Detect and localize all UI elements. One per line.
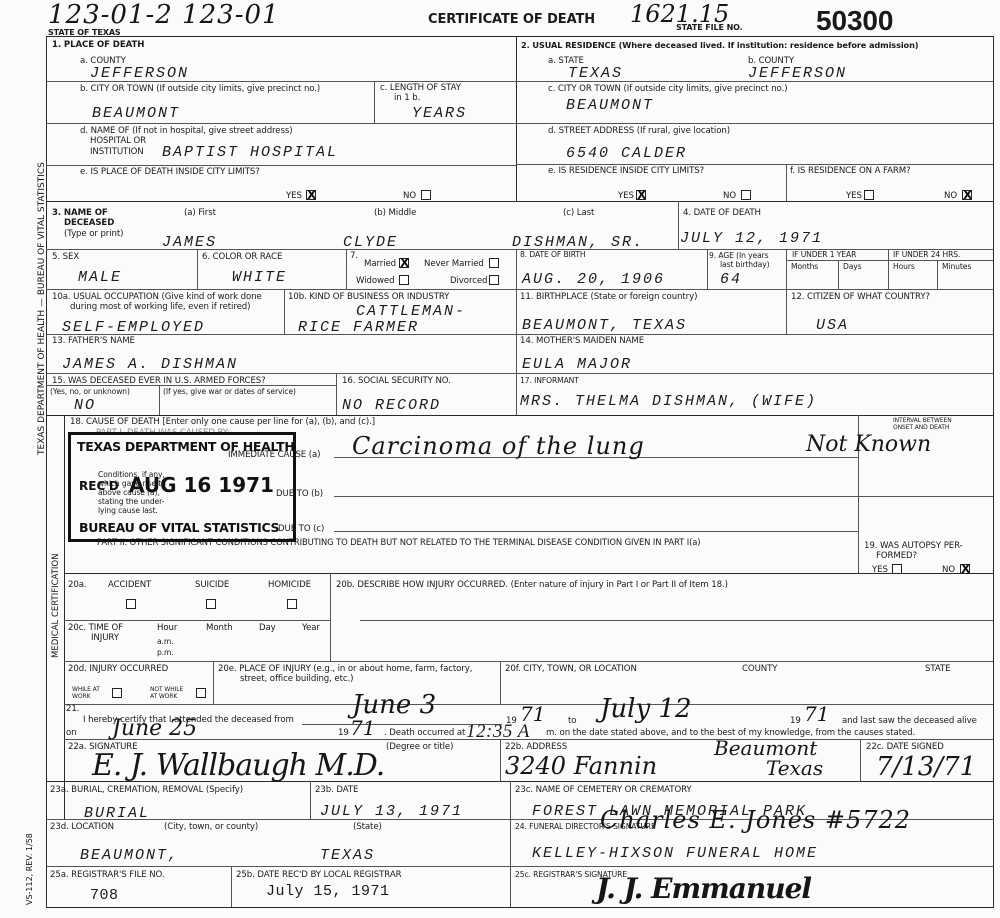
frame-bottom <box>46 907 994 908</box>
interval-value[interactable]: Not Known <box>806 432 931 457</box>
business-value-line1[interactable]: Cattleman- <box>356 304 466 320</box>
form-id: VS-112, REV. 1/58 <box>25 833 34 905</box>
frame-right <box>993 36 994 908</box>
death-inside-city-no-label: NO <box>403 191 416 201</box>
handwritten-reference-numbers: 123-01-2 123-01 <box>48 0 280 30</box>
rule <box>231 866 232 907</box>
marital-label: 7. <box>350 251 358 261</box>
address-state-value[interactable]: Texas <box>766 756 823 780</box>
date-signed-value[interactable]: 7/13/71 <box>876 752 976 782</box>
middle-name-label: (b) Middle <box>374 208 416 218</box>
widowed-checkbox[interactable] <box>399 275 409 285</box>
while-at-work-label: WHILE AT <box>72 686 100 693</box>
suicide-label: SUICIDE <box>195 580 229 590</box>
sex-label: 5. SEX <box>52 252 79 262</box>
accident-checkbox[interactable] <box>126 599 136 609</box>
date-of-death-value[interactable]: July 12, 1971 <box>680 231 823 247</box>
autopsy-no-checkbox[interactable] <box>960 564 970 574</box>
rule <box>500 739 501 781</box>
received-stamp: TEXAS DEPARTMENT OF HEALTH REC'D AUG 16 … <box>68 432 296 542</box>
rule <box>516 249 517 415</box>
residence-inside-city-no-checkbox[interactable] <box>741 190 751 200</box>
autopsy-yes-label: YES <box>872 565 888 575</box>
mother-name-value[interactable]: Eula Major <box>522 357 632 373</box>
race-value[interactable]: White <box>232 270 287 286</box>
rule <box>888 249 889 289</box>
rule <box>159 385 160 415</box>
while-at-work-label-2: WORK <box>72 693 90 700</box>
to-year-prefix: 19 <box>790 716 801 726</box>
stamp-bureau: BUREAU OF VITAL STATISTICS <box>79 520 279 535</box>
death-inside-city-yes-label: YES <box>286 191 302 201</box>
funeral-director-signature[interactable]: Charles E. Jones #5722 <box>600 806 911 834</box>
informant-label: 17. INFORMANT <box>520 376 579 385</box>
first-name-label: (a) First <box>184 208 216 218</box>
place-of-injury-label: 20e. PLACE OF INJURY (e.g., in or about … <box>218 664 472 674</box>
last-name-label: (c) Last <box>563 208 594 218</box>
father-name-value[interactable]: James A. Dishman <box>62 357 238 373</box>
location-label: 23d. LOCATION <box>50 822 114 832</box>
widowed-label: Widowed <box>356 276 394 286</box>
injury-state-label: STATE <box>925 664 950 674</box>
armed-forces-sublabel-2: (If yes, give war or dates of service) <box>163 387 296 396</box>
homicide-checkbox[interactable] <box>287 599 297 609</box>
last-name-value[interactable]: Dishman, Sr. <box>512 235 644 251</box>
rule <box>46 201 994 202</box>
age-label-2: last birthday) <box>720 260 769 269</box>
location-state-value[interactable]: Texas <box>320 848 375 864</box>
burial-label: 23a. BURIAL, CREMATION, REMOVAL (Specify… <box>50 785 243 795</box>
married-label: Married <box>364 259 396 269</box>
ssn-label: 16. SOCIAL SECURITY NO. <box>342 376 451 386</box>
injury-county-label: COUNTY <box>742 664 777 674</box>
divorced-label: Divorced <box>450 276 487 286</box>
certify-number: 21. <box>66 704 79 714</box>
rule <box>678 201 679 249</box>
place-of-injury-label-2: street, office building, etc.) <box>240 674 353 684</box>
hospital-label: d. NAME OF (If not in hospital, give str… <box>80 126 293 136</box>
age-label: 9. AGE (In years <box>709 251 769 260</box>
year-label: Year <box>302 623 320 633</box>
armed-forces-sublabel-1: (Yes, no, or unknown) <box>50 387 130 396</box>
autopsy-label-2: FORMED? <box>876 551 917 561</box>
divorced-checkbox[interactable] <box>489 275 499 285</box>
time-of-injury-label-2: INJURY <box>91 633 119 643</box>
rule <box>64 661 993 662</box>
hour-label: Hour <box>157 623 177 633</box>
injury-description-label: 20b. DESCRIBE HOW INJURY OCCURRED. (Ente… <box>336 580 728 590</box>
informant-value[interactable]: Mrs. Thelma Dishman, (Wife) <box>520 394 817 410</box>
rule <box>64 573 993 574</box>
margin-medical-certification: MEDICAL CERTIFICATION <box>51 554 61 658</box>
frame-top <box>46 36 994 37</box>
occupation-label-2: during most of working life, even if ret… <box>70 302 250 312</box>
rule <box>334 496 993 497</box>
date-of-birth-label: 8. DATE OF BIRTH <box>520 250 586 259</box>
first-name-value[interactable]: James <box>162 235 217 251</box>
death-county-value[interactable]: Jefferson <box>90 66 189 82</box>
rule <box>516 123 993 124</box>
while-at-work-checkbox[interactable] <box>112 688 122 698</box>
stamp-dept: TEXAS DEPARTMENT OF HEALTH <box>77 439 295 454</box>
registrar-file-value[interactable]: 708 <box>90 888 119 904</box>
rule <box>346 249 347 289</box>
hospital-label-2: HOSPITAL OR <box>90 136 146 146</box>
divider-center-top <box>516 36 517 201</box>
physician-signature[interactable]: E. J. Wallbaugh M.D. <box>92 748 384 783</box>
father-name-label: 13. FATHER'S NAME <box>52 336 135 346</box>
birthplace-label: 11. BIRTHPLACE (State or foreign country… <box>520 292 697 302</box>
address-label: 22b. ADDRESS <box>505 742 567 752</box>
not-while-at-work-label: NOT WHILE <box>150 686 183 693</box>
not-while-at-work-label-2: AT WORK <box>150 693 177 700</box>
death-city-label: b. CITY OR TOWN (If outside city limits,… <box>80 84 320 94</box>
am-label: a.m. <box>157 637 173 646</box>
location-sublabel: (City, town, or county) <box>164 822 258 832</box>
date-signed-label: 22c. DATE SIGNED <box>866 742 944 752</box>
armed-forces-value[interactable]: No <box>74 398 96 414</box>
farm-no-label: NO <box>944 191 957 201</box>
rule <box>46 866 994 867</box>
day-label: Day <box>259 623 276 633</box>
rule <box>860 739 861 781</box>
rule <box>786 164 787 201</box>
date-of-birth-value[interactable]: Aug. 20, 1906 <box>522 272 665 288</box>
never-married-label: Never Married <box>424 259 484 269</box>
deceased-name-label-3: (Type or print) <box>64 229 123 239</box>
registrar-signature[interactable]: J. J. Emmanuel <box>596 872 811 905</box>
homicide-label: HOMICIDE <box>268 580 311 590</box>
rule <box>707 249 708 289</box>
suicide-checkbox[interactable] <box>206 599 216 609</box>
autopsy-yes-checkbox[interactable] <box>892 564 902 574</box>
residence-inside-city-label: e. IS RESIDENCE INSIDE CITY LIMITS? <box>548 166 704 176</box>
occupation-label: 10a. USUAL OCCUPATION (Give kind of work… <box>52 292 262 302</box>
citizen-value[interactable]: USA <box>816 318 849 334</box>
registrar-file-label: 25a. REGISTRAR'S FILE NO. <box>50 870 165 880</box>
to-label: to <box>568 716 576 726</box>
rule <box>330 573 331 661</box>
residence-state-value[interactable]: Texas <box>568 66 623 82</box>
days-label: Days <box>843 262 862 271</box>
death-inside-city-yes-checkbox[interactable] <box>306 190 316 200</box>
month-label: Month <box>206 623 232 633</box>
stamp-date: AUG 16 1971 <box>129 473 274 497</box>
farm-yes-label: YES <box>846 191 862 201</box>
degree-label: (Degree or title) <box>386 742 453 752</box>
autopsy-label: 19. WAS AUTOPSY PER- <box>864 541 963 551</box>
rule <box>360 620 993 621</box>
death-city-value[interactable]: Beaumont <box>92 106 180 122</box>
not-while-at-work-checkbox[interactable] <box>196 688 206 698</box>
married-checkbox[interactable] <box>399 258 409 268</box>
date-received-value[interactable]: July 15, 1971 <box>266 884 390 900</box>
citizen-label: 12. CITIZEN OF WHAT COUNTRY? <box>791 292 930 302</box>
length-of-stay-sublabel: in 1 b. <box>394 93 420 103</box>
attended-to-value[interactable]: July 12 <box>600 694 692 724</box>
length-of-stay-value[interactable]: Years <box>412 106 467 122</box>
place-of-death-heading: 1. PLACE OF DEATH <box>52 40 144 50</box>
rule <box>197 249 198 289</box>
sex-value[interactable]: Male <box>78 270 122 286</box>
rule <box>284 289 285 334</box>
rule <box>213 661 214 704</box>
rule <box>64 620 330 621</box>
under-1-year-label: IF UNDER 1 YEAR <box>792 250 856 259</box>
date-received-label: 25b. DATE REC'D BY LOCAL REGISTRAR <box>236 870 401 880</box>
last-seen-year-prefix: 19 <box>338 728 349 738</box>
stamp-recd: REC'D <box>79 479 119 493</box>
rule <box>334 531 858 532</box>
death-inside-city-label: e. IS PLACE OF DEATH INSIDE CITY LIMITS? <box>80 167 260 177</box>
rule <box>46 373 994 374</box>
burial-value[interactable]: Burial <box>84 806 150 822</box>
business-label: 10b. KIND OF BUSINESS OR INDUSTRY <box>288 292 449 302</box>
injury-type-label: 20a. <box>68 580 87 590</box>
burial-date-label: 23b. DATE <box>315 785 358 795</box>
certify-text-2: and last saw the deceased alive <box>842 716 977 726</box>
street-address-label: d. STREET ADDRESS (If rural, give locati… <box>548 126 730 136</box>
autopsy-no-label: NO <box>942 565 955 575</box>
burial-date-value[interactable]: July 13, 1971 <box>320 804 463 820</box>
never-married-checkbox[interactable] <box>489 258 499 268</box>
residence-city-label: c. CITY OR TOWN (If outside city limits,… <box>548 84 787 94</box>
residence-heading: 2. USUAL RESIDENCE (Where deceased lived… <box>521 40 918 50</box>
last-seen-year-value[interactable]: 71 <box>350 716 375 740</box>
armed-forces-label: 15. WAS DECEASED EVER IN U.S. ARMED FORC… <box>52 376 266 386</box>
business-value-line2[interactable]: Rice Farmer <box>298 320 419 336</box>
rule <box>46 289 994 290</box>
residence-county-value[interactable]: Jefferson <box>748 66 847 82</box>
pm-label: p.m. <box>157 648 174 657</box>
interval-label: INTERVAL BETWEEN <box>893 417 952 424</box>
rule <box>336 373 337 415</box>
occupation-value[interactable]: Self-Employed <box>62 320 205 336</box>
rule <box>937 260 938 289</box>
deceased-name-label: 3. NAME OF <box>52 208 108 218</box>
time-of-death-value[interactable]: 12:35 A <box>466 722 530 742</box>
state-file-label: STATE FILE NO. <box>676 23 743 33</box>
location-city-value[interactable]: Beaumont, <box>80 848 179 864</box>
last-seen-value[interactable]: June 25 <box>112 716 197 741</box>
residence-inside-city-no-label: NO <box>723 191 736 201</box>
residence-city-value[interactable]: Beaumont <box>566 98 654 114</box>
death-occurred-label: . Death occurred at <box>384 728 465 738</box>
rule <box>310 781 311 819</box>
farm-no-checkbox[interactable] <box>962 190 972 200</box>
cause-of-death-label: 18. CAUSE OF DEATH [Enter only one cause… <box>70 417 375 427</box>
mother-name-label: 14. MOTHER'S MAIDEN NAME <box>520 336 644 346</box>
minutes-label: Minutes <box>942 262 971 271</box>
injury-occurred-label: 20d. INJURY OCCURRED <box>68 664 168 674</box>
deceased-name-label-2: DECEASED <box>64 218 114 228</box>
hours-label: Hours <box>893 262 915 271</box>
rule <box>500 661 501 704</box>
age-value[interactable]: 64 <box>720 272 742 288</box>
rule <box>510 781 511 907</box>
rule <box>786 260 993 261</box>
death-inside-city-no-checkbox[interactable] <box>421 190 431 200</box>
residence-inside-city-yes-checkbox[interactable] <box>636 190 646 200</box>
residence-inside-city-yes-label: YES <box>618 191 634 201</box>
accident-label: ACCIDENT <box>108 580 151 590</box>
ssn-value[interactable]: No Record <box>342 398 441 414</box>
date-of-death-label: 4. DATE OF DEATH <box>683 208 761 218</box>
medical-frame-left <box>64 415 65 819</box>
farm-yes-checkbox[interactable] <box>864 190 874 200</box>
location-state-label: (State) <box>353 822 382 832</box>
to-year-value[interactable]: 71 <box>804 702 829 726</box>
farm-label: f. IS RESIDENCE ON A FARM? <box>790 166 911 176</box>
middle-name-value[interactable]: Clyde <box>343 235 398 251</box>
cemetery-label: 23c. NAME OF CEMETERY OR CREMATORY <box>515 785 692 795</box>
injury-city-label: 20f. CITY, TOWN, OR LOCATION <box>505 664 637 674</box>
birthplace-value[interactable]: Beaumont, Texas <box>522 318 687 334</box>
on-label: on <box>66 728 77 738</box>
funeral-home-value[interactable]: Kelley-Hixson Funeral Home <box>532 846 818 862</box>
rule <box>786 249 787 334</box>
rule <box>516 164 993 165</box>
address-value[interactable]: 3240 Fannin <box>505 752 657 780</box>
race-label: 6. COLOR OR RACE <box>202 252 282 262</box>
frame-left <box>46 36 47 908</box>
rule <box>46 123 516 124</box>
state-file-number: 50300 <box>816 6 893 36</box>
length-of-stay-label: c. LENGTH OF STAY <box>380 83 461 93</box>
rule <box>838 260 839 289</box>
hospital-label-3: INSTITUTION <box>90 147 144 157</box>
document-title: CERTIFICATE OF DEATH <box>428 13 595 27</box>
time-of-injury-label: 20c. TIME OF <box>68 623 123 633</box>
months-label: Months <box>791 262 818 271</box>
street-address-value[interactable]: 6540 Calder <box>566 146 687 162</box>
under-24-hrs-label: IF UNDER 24 HRS. <box>893 250 960 259</box>
immediate-cause-value[interactable]: Carcinoma of the lung <box>352 432 645 460</box>
interval-label-2: ONSET AND DEATH <box>893 424 949 431</box>
rule <box>374 81 375 123</box>
rule <box>46 165 516 166</box>
hospital-value[interactable]: Baptist Hospital <box>162 145 338 161</box>
